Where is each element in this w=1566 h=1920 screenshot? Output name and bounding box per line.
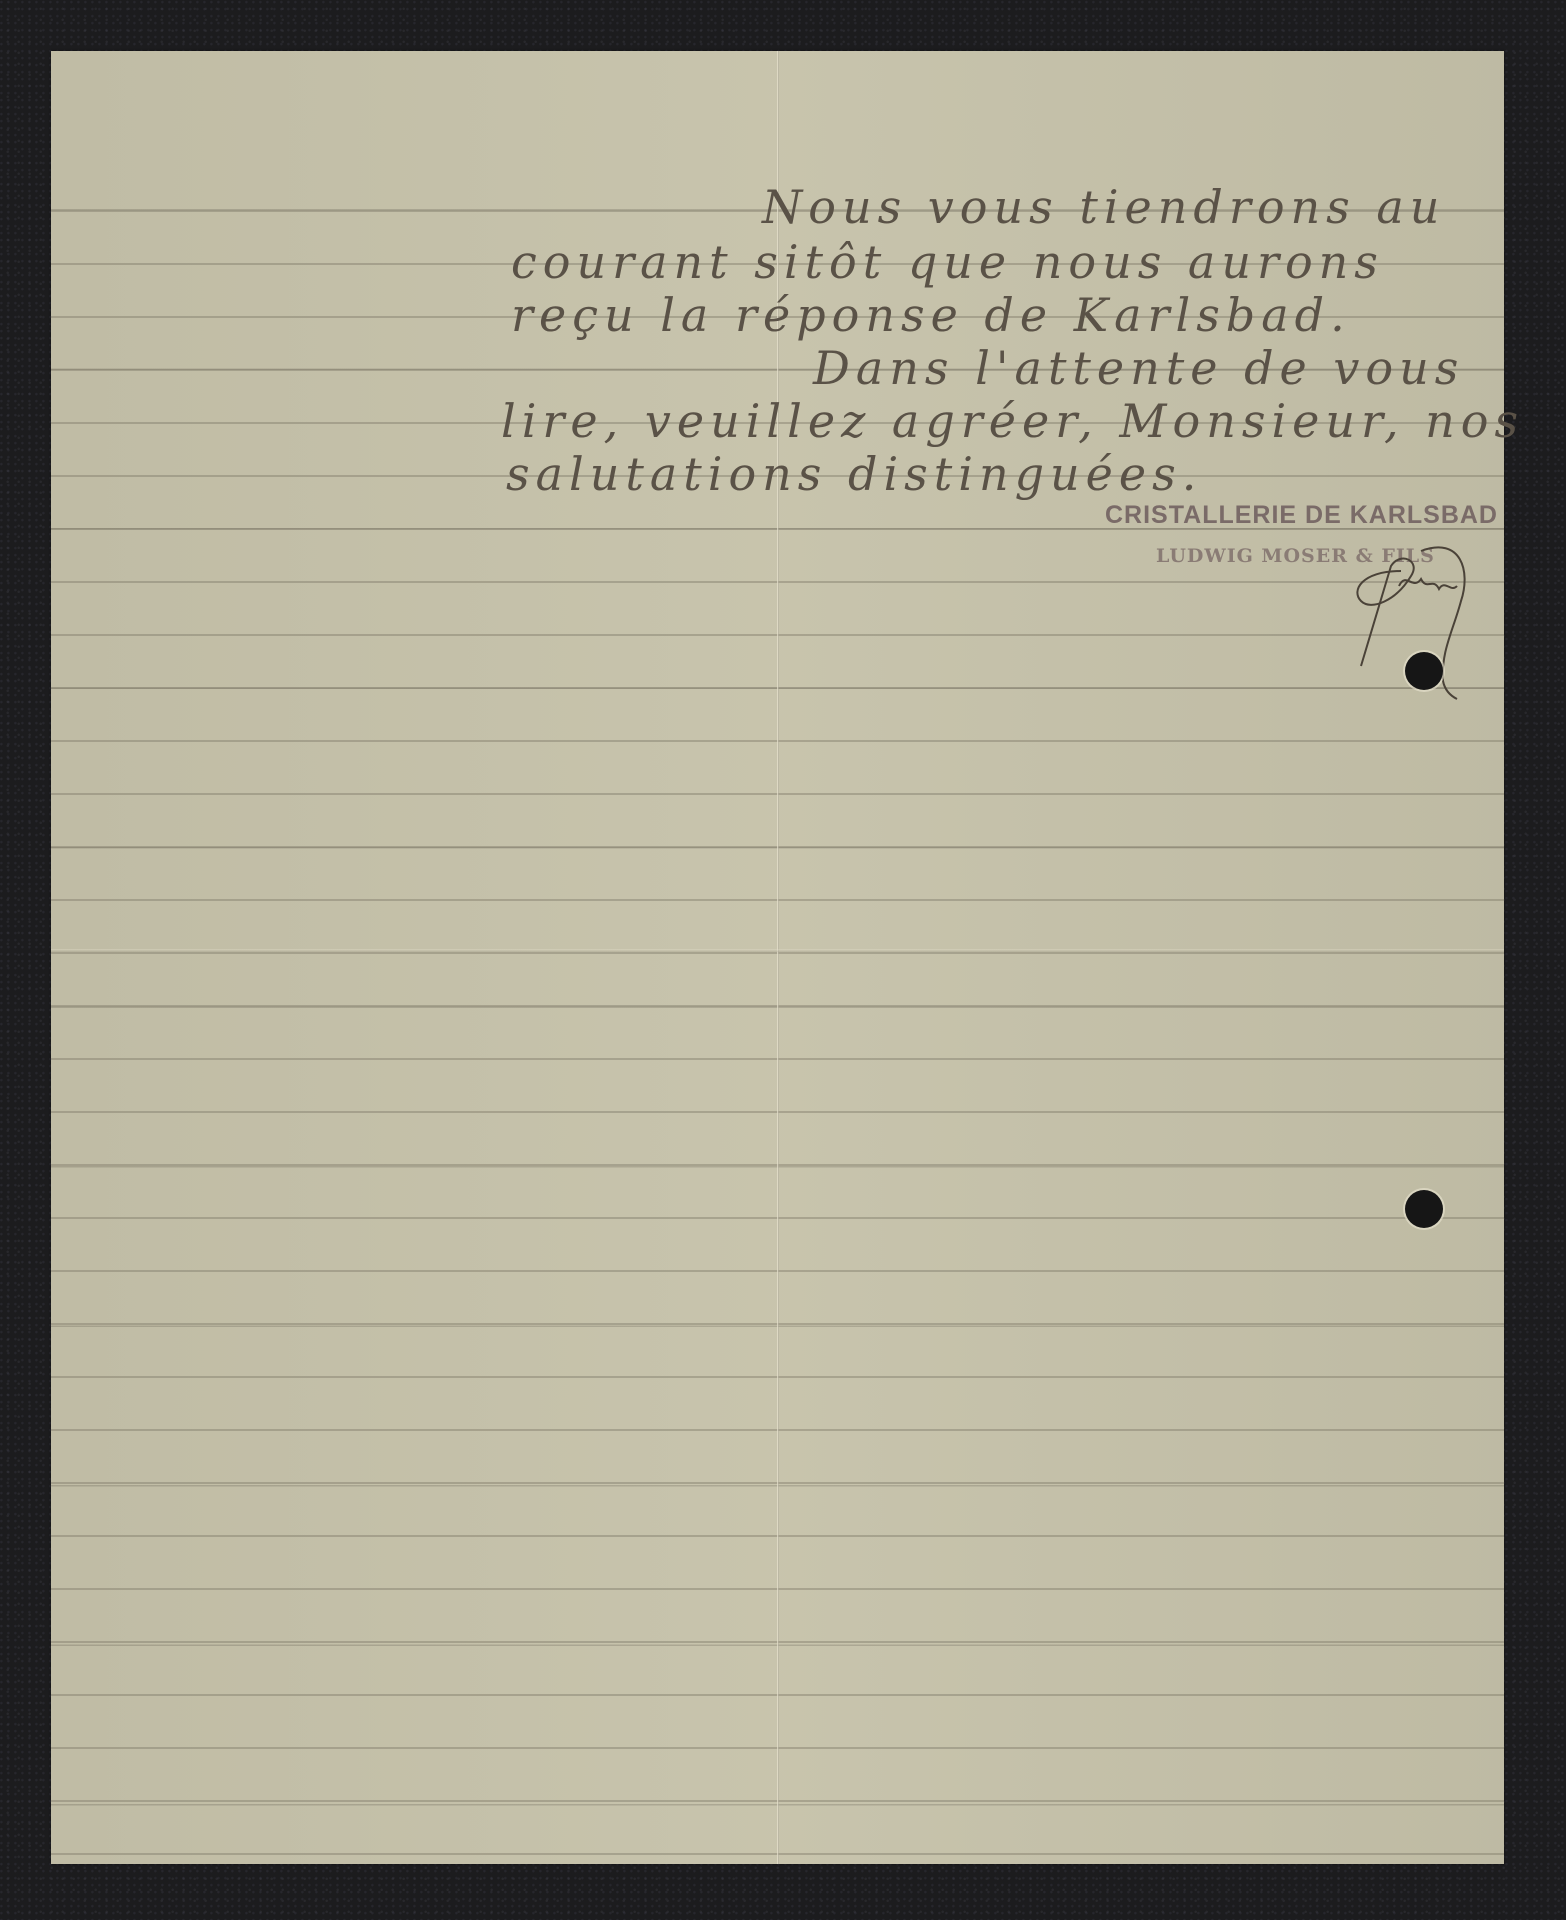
letter-line-6: salutations distinguées. [506,451,1202,497]
letter-line-1: Nous vous tiendrons au [762,184,1445,230]
letter-line-3: reçu la réponse de Karlsbad. [511,292,1351,338]
company-stamp-line-1: CRISTALLERIE DE KARLSBAD [1105,501,1498,530]
letter-page: Nous vous tiendrons au courant sitôt que… [51,51,1504,1864]
letter-line-5: lire, veuillez agréer, Monsieur, nos [501,398,1524,444]
letter-line-4: Dans l'attente de vous [813,345,1464,391]
punch-hole-bottom [1405,1190,1443,1228]
letter-line-2: courant sitôt que nous aurons [511,239,1384,285]
punch-hole-top [1405,652,1443,690]
horizontal-fold-crease [51,949,1504,952]
